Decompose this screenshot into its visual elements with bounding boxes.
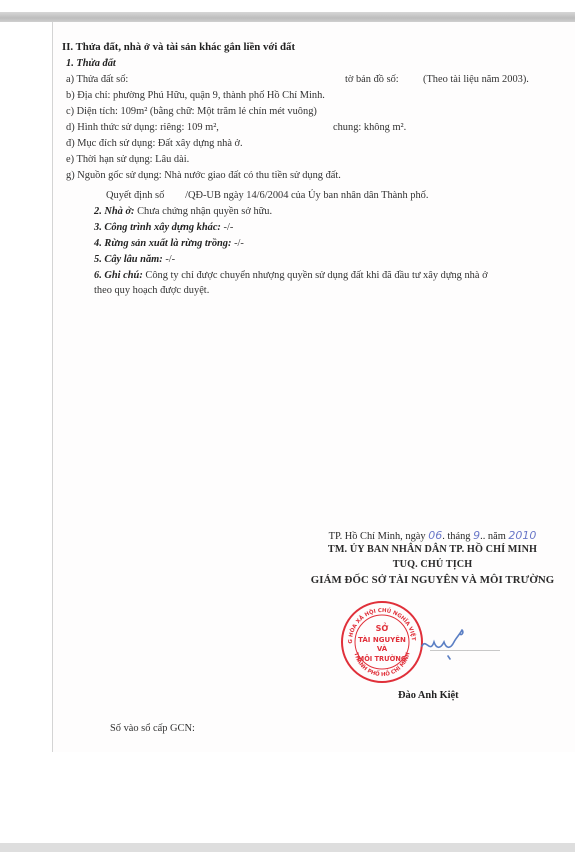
section-title: II. Thửa đất, nhà ở và tài sản khác gắn … [62, 41, 295, 54]
land-heading: 1. Thửa đất [66, 57, 116, 70]
authority-line2: TUQ. CHỦ TỊCH [290, 559, 575, 570]
place-date-prefix: TP. Hồ Chí Minh, ngày [329, 531, 426, 542]
place-date: TP. Hồ Chí Minh, ngày 06. tháng 9.. năm … [290, 529, 575, 543]
decision: Quyết định số /QĐ-UB ngày 14/6/2004 của … [106, 189, 428, 202]
house-value: Chưa chứng nhận quyền sở hữu. [137, 206, 272, 217]
signer-name: Đào Anh Kiệt [398, 689, 459, 702]
svg-text:SỞ: SỞ [376, 621, 389, 633]
perennial-trees-label: 5. Cây lâu năm: [94, 254, 163, 265]
date-day: 06 [428, 529, 442, 542]
notes-line2: theo quy hoạch được duyệt. [94, 284, 209, 297]
usage-term: e) Thời hạn sử dụng: Lâu dài. [66, 153, 189, 166]
svg-text:VÀ: VÀ [377, 644, 388, 653]
origin: g) Nguồn gốc sử dụng: Nhà nước giao đất … [66, 169, 341, 182]
scan-top-edge [0, 12, 575, 22]
notes-label: 6. Ghi chú: [94, 270, 143, 281]
scan-bottom-edge [0, 843, 575, 852]
usage-form-private: d) Hình thức sử dụng: riêng: 109 m², [66, 121, 219, 134]
house-label: 2. Nhà ở: [94, 206, 135, 217]
date-year: 2010 [508, 529, 536, 542]
svg-text:TÀI NGUYÊN: TÀI NGUYÊN [358, 635, 406, 644]
other-construction-label: 3. Công trình xây dựng khác: [94, 222, 221, 233]
perennial-trees-row: 5. Cây lâu năm: -/- [94, 253, 175, 266]
notes-row: 6. Ghi chú: Công ty chỉ được chuyển nhượ… [94, 269, 488, 282]
other-construction-row: 3. Công trình xây dựng khác: -/- [94, 221, 233, 234]
year-label: .. năm [480, 531, 506, 542]
parcel-number-label: a) Thửa đất số: [66, 73, 128, 86]
usage-purpose: đ) Mục đích sử dụng: Đất xây dựng nhà ở. [66, 137, 243, 150]
notes-line1: Công ty chỉ được chuyển nhượng quyền sử … [145, 270, 487, 281]
production-forest-value: -/- [234, 238, 244, 249]
signature-icon [420, 628, 490, 664]
area: c) Diện tích: 109m² (bằng chữ: Một trăm … [66, 105, 317, 118]
signature-line [430, 650, 500, 651]
perennial-trees-value: -/- [165, 254, 175, 265]
svg-text:MÔI TRƯỜNG: MÔI TRƯỜNG [358, 654, 407, 663]
month-label: . tháng [442, 531, 470, 542]
house-row: 2. Nhà ở: Chưa chứng nhận quyền sở hữu. [94, 205, 272, 218]
map-sheet-note: (Theo tài liệu năm 2003). [423, 73, 529, 86]
authority-line1: TM. ỦY BAN NHÂN DÂN TP. HỒ CHÍ MINH [290, 544, 575, 555]
map-sheet-label: tờ bản đồ số: [345, 73, 399, 86]
production-forest-row: 4. Rừng sản xuất là rừng trồng: -/- [94, 237, 244, 250]
other-construction-value: -/- [224, 222, 234, 233]
usage-form-shared: chung: không m². [333, 121, 406, 134]
official-seal-icon: CỘNG HÒA XÃ HỘI CHỦ NGHĨA VIỆT NAM THÀNH… [340, 600, 424, 684]
address: b) Địa chỉ: phường Phú Hữu, quận 9, thàn… [66, 89, 325, 102]
registry-label: Số vào sổ cấp GCN: [110, 722, 195, 735]
production-forest-label: 4. Rừng sản xuất là rừng trồng: [94, 238, 231, 249]
authority-line3: GIÁM ĐỐC SỞ TÀI NGUYÊN VÀ MÔI TRƯỜNG [290, 574, 575, 586]
